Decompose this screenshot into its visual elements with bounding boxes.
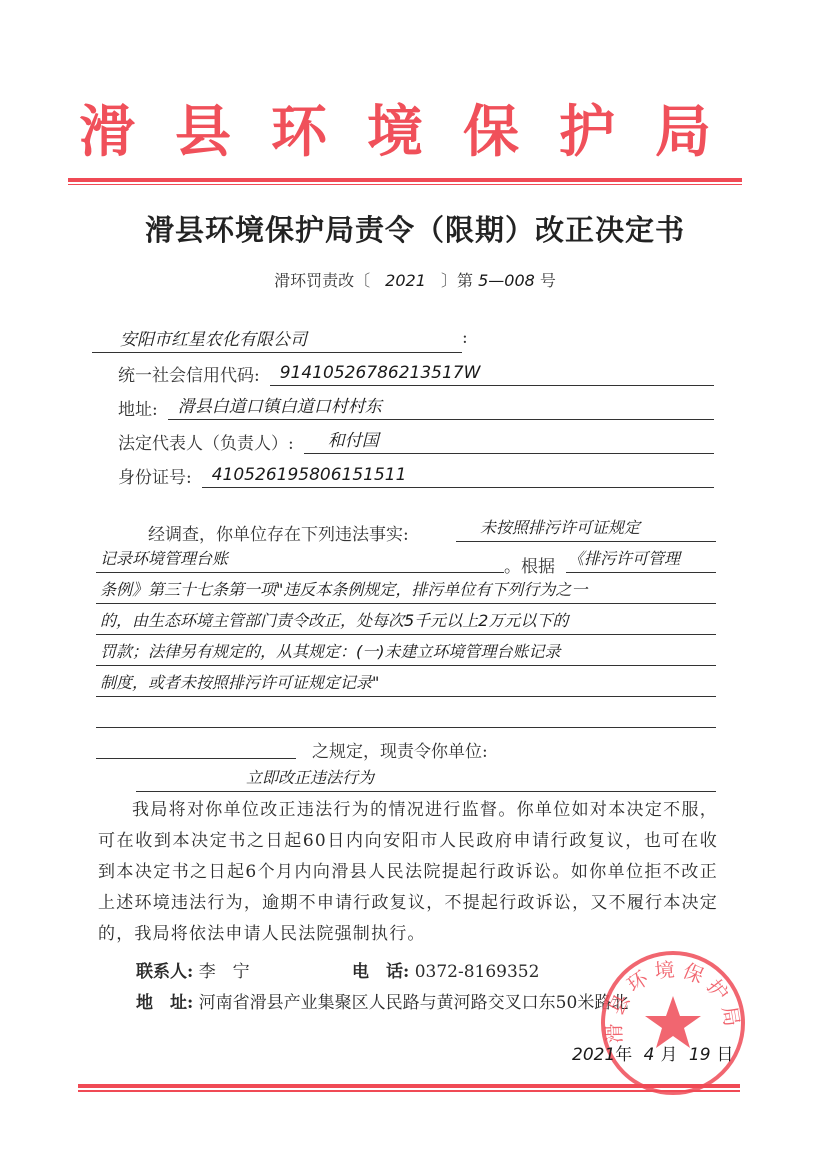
header-red-rule bbox=[68, 178, 742, 185]
contact-person: 联系人: 李 宁 bbox=[136, 957, 250, 982]
basis-line-5: 制度，或者未按照排污许可证规定记录" bbox=[96, 665, 716, 697]
order-intro: 之规定，现责令你单位: bbox=[312, 737, 488, 762]
fact-line-1: 未按照排污许可证规定 bbox=[456, 510, 716, 542]
credit-code-value: 91410526786213517W bbox=[280, 363, 481, 383]
agency-masthead: 滑县环境保护局 bbox=[0, 88, 830, 168]
credit-code-row: 统一社会信用代码: 91410526786213517W bbox=[118, 356, 714, 386]
contact-address: 地 址: 河南省滑县产业集聚区人民路与黄河路交叉口东50米路北 bbox=[136, 988, 628, 1013]
basis-line-3: 的，由生态环境主管部门责令改正，处每次5千元以上2万元以下的 bbox=[96, 603, 716, 635]
order-line: 立即改正违法行为 bbox=[136, 760, 716, 792]
basis-line-4: 罚款；法律另有规定的，从其规定：(一)未建立环境管理台账记录 bbox=[96, 634, 716, 666]
document-number: 滑环罚责改〔 2021 〕第 5—008 号 bbox=[0, 268, 830, 291]
legal-rep-label: 法定代表人（负责人）: bbox=[118, 429, 294, 454]
notice-paragraph: 我局将对你单位改正违法行为的情况进行监督。你单位如对本决定不服，可在收到本决定书… bbox=[98, 795, 718, 950]
legal-rep-row: 法定代表人（负责人）: 和付国 bbox=[118, 424, 714, 454]
document-year: 2021 bbox=[375, 271, 436, 290]
seal-stamp-icon: 滑县环境保护局 bbox=[598, 948, 748, 1098]
contact-phone: 电 话: 0372-8169352 bbox=[352, 957, 539, 982]
document-serial: 5—008 bbox=[478, 271, 535, 290]
party-name-line: 安阳市红星农化有限公司 bbox=[92, 326, 462, 353]
fact-line-2: 记录环境管理台账 bbox=[96, 541, 504, 573]
order-blank-line bbox=[96, 727, 296, 759]
legal-rep-value: 和付国 bbox=[328, 426, 379, 451]
basis-line-1: 《排污许可管理 bbox=[566, 541, 716, 573]
address-row: 地址: 滑县白道口镇白道口村村东 bbox=[118, 390, 714, 420]
id-number-label: 身份证号: bbox=[118, 463, 192, 488]
id-number-value: 410526195806151511 bbox=[212, 465, 407, 485]
footer-red-rule bbox=[78, 1084, 540, 1092]
official-seal: 滑县环境保护局 bbox=[598, 948, 748, 1098]
order-content: 立即改正违法行为 bbox=[246, 765, 374, 788]
id-number-row: 身份证号: 410526195806151511 bbox=[118, 458, 714, 488]
footer-red-rule-right bbox=[540, 1084, 740, 1092]
party-name: 安阳市红星农化有限公司 bbox=[120, 325, 307, 350]
credit-code-label: 统一社会信用代码: bbox=[118, 361, 260, 386]
document-title: 滑县环境保护局责令（限期）改正决定书 bbox=[0, 208, 830, 249]
address-value: 滑县白道口镇白道口村村东 bbox=[178, 392, 382, 417]
issue-date: 2021年 4月 19日 bbox=[572, 1040, 734, 1065]
blank-line bbox=[96, 696, 716, 728]
basis-line-2: 条例》第三十七条第一项"违反本条例规定，排污单位有下列行为之一 bbox=[96, 572, 716, 604]
address-label: 地址: bbox=[118, 395, 158, 420]
